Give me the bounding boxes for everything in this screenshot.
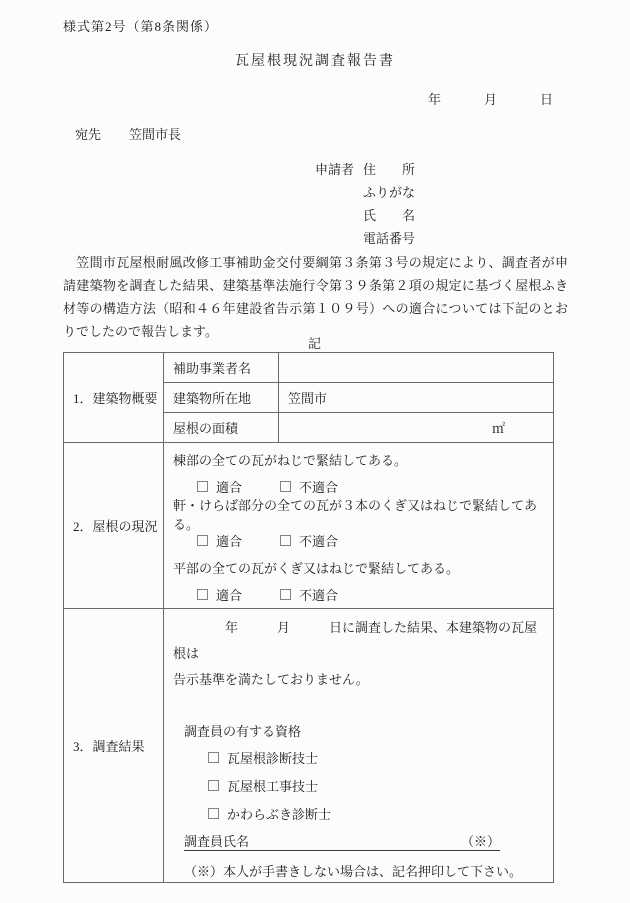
- body-paragraph: 笠間市瓦屋根耐風改修工事補助金交付要綱第３条第３号の規定により、調査者が申請建築…: [63, 251, 568, 343]
- row-label-roof-area: 屋根の面積: [164, 413, 279, 443]
- qualification-heading: 調査員の有する資格: [164, 717, 553, 743]
- condition-statement-flat: 平部の全ての瓦がくぎ又はねじで緊結してある。: [164, 554, 553, 581]
- condition-statement-ridge: 棟部の全ての瓦がねじで緊結してある。: [164, 446, 553, 473]
- survey-result-line1: 年 月 日に調査した結果、本建築物の瓦屋根は: [173, 615, 547, 667]
- table-row: 2．屋根の現況 棟部の全ての瓦がねじで緊結してある。 適合 不適合 軒・けらば部…: [64, 443, 554, 609]
- field-building-location[interactable]: 笠間市: [279, 383, 554, 413]
- qualification-option-kawarabuki: かわらぶき診断士: [164, 799, 553, 827]
- applicant-field-furigana: ふりがな: [363, 181, 415, 204]
- checkbox-fail-icon[interactable]: [280, 481, 291, 492]
- page-title: 瓦屋根現況調査報告書: [0, 50, 630, 70]
- checkbox-icon[interactable]: [208, 780, 219, 791]
- checkbox-icon[interactable]: [208, 808, 219, 819]
- applicant-field-name: 氏 名: [363, 204, 415, 227]
- field-subsidized-business[interactable]: [279, 353, 554, 383]
- option-fail: 不適合: [280, 477, 338, 496]
- option-pass-label: 適合: [216, 531, 242, 550]
- qualification-label: 瓦屋根工事技士: [227, 776, 318, 795]
- section1-label: 1．建築物概要: [64, 353, 164, 443]
- section2-label: 2．屋根の現況: [64, 443, 164, 609]
- option-fail: 不適合: [280, 531, 338, 550]
- date-line: 年 月 日: [428, 89, 554, 108]
- surveyor-name-field[interactable]: 調査員氏名 （※）: [184, 831, 500, 851]
- checkbox-fail-icon[interactable]: [280, 589, 291, 600]
- addressee-name: 笠間市長: [129, 127, 181, 142]
- qualification-label: かわらぶき診断士: [227, 804, 331, 823]
- checkbox-icon[interactable]: [208, 752, 219, 763]
- checkbox-pass-icon[interactable]: [197, 535, 208, 546]
- addressee-label: 宛先: [75, 127, 101, 142]
- condition-statement-eaves: 軒・けらば部分の全ての瓦が３本のくぎ又はねじで緊結してある。: [164, 500, 553, 527]
- row-label-subsidized-business: 補助事業者名: [164, 353, 279, 383]
- applicant-field-address: 住 所: [363, 158, 415, 181]
- option-pass: 適合: [197, 531, 242, 550]
- option-pass-label: 適合: [216, 585, 242, 604]
- option-pass-label: 適合: [216, 477, 242, 496]
- record-heading: 記: [0, 333, 630, 352]
- applicant-block: 申請者 住 所 ふりがな 氏 名 電話番号: [315, 158, 415, 250]
- condition-options-flat: 適合 不適合: [164, 581, 553, 608]
- report-table: 1．建築物概要 補助事業者名 建築物所在地 笠間市 屋根の面積 ㎡ 2．屋根の現…: [63, 352, 554, 883]
- option-pass: 適合: [197, 585, 242, 604]
- survey-result-line2: 告示基準を満たしておりません。: [173, 667, 547, 693]
- surveyor-name-note-mark: （※）: [461, 831, 500, 850]
- checkbox-fail-icon[interactable]: [280, 535, 291, 546]
- table-row: 3．調査結果 年 月 日に調査した結果、本建築物の瓦屋根は 告示基準を満たしてお…: [64, 609, 554, 883]
- table-row: 1．建築物概要 補助事業者名: [64, 353, 554, 383]
- applicant-fields: 住 所 ふりがな 氏 名 電話番号: [363, 158, 415, 250]
- document-page: 様式第2号（第8条関係） 瓦屋根現況調査報告書 年 月 日 宛先笠間市長 申請者…: [0, 0, 630, 903]
- surveyor-name-label: 調査員氏名: [184, 831, 249, 850]
- option-pass: 適合: [197, 477, 242, 496]
- section3-label: 3．調査結果: [64, 609, 164, 883]
- spacer: [164, 693, 553, 717]
- checkbox-pass-icon[interactable]: [197, 481, 208, 492]
- qualification-label: 瓦屋根診断技士: [227, 748, 318, 767]
- option-fail-label: 不適合: [299, 531, 338, 550]
- section2-content: 棟部の全ての瓦がねじで緊結してある。 適合 不適合 軒・けらば部分の全ての瓦が３…: [164, 443, 554, 609]
- qualification-option-diagnostic: 瓦屋根診断技士: [164, 743, 553, 771]
- form-number: 様式第2号（第8条関係）: [63, 16, 218, 35]
- option-fail-label: 不適合: [299, 477, 338, 496]
- survey-result-paragraph: 年 月 日に調査した結果、本建築物の瓦屋根は 告示基準を満たしておりません。: [164, 609, 553, 693]
- option-fail-label: 不適合: [299, 585, 338, 604]
- option-fail: 不適合: [280, 585, 338, 604]
- qualification-option-construction: 瓦屋根工事技士: [164, 771, 553, 799]
- footnote: （※）本人が手書きしない場合は、記名押印して下さい。: [164, 858, 553, 882]
- applicant-field-phone: 電話番号: [363, 227, 415, 250]
- checkbox-pass-icon[interactable]: [197, 589, 208, 600]
- applicant-label: 申請者: [315, 158, 354, 181]
- section3-content: 年 月 日に調査した結果、本建築物の瓦屋根は 告示基準を満たしておりません。 調…: [164, 609, 554, 883]
- addressee-line: 宛先笠間市長: [75, 124, 181, 143]
- row-label-building-location: 建築物所在地: [164, 383, 279, 413]
- field-roof-area-unit: ㎡: [279, 413, 554, 443]
